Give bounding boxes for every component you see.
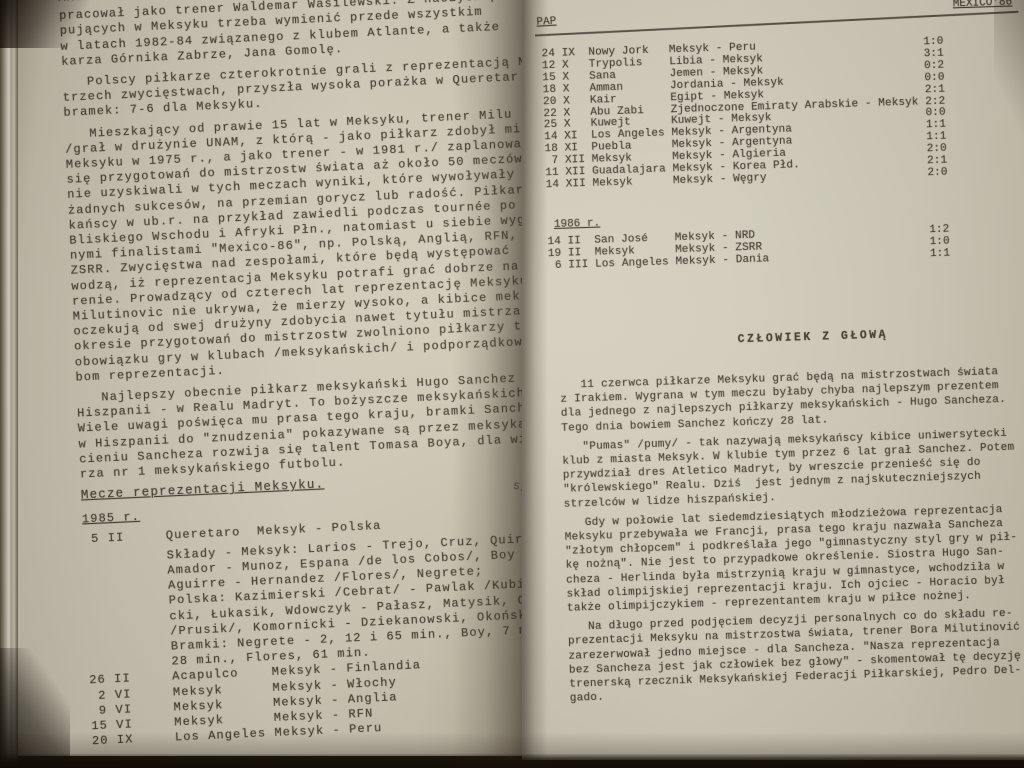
right-page-text: PAP MEXICO'86 24 IX Nowy Jork Meksyk - P… [522, 0, 1024, 760]
page-stack-edge [0, 0, 18, 768]
year-heading-1986: 1986 r. [554, 218, 601, 231]
paragraph: Gdy w połowie lat siedemdziesiątych młod… [564, 502, 1024, 616]
year-label: 1985 r. [82, 510, 141, 527]
lineup-block: Składy - Meksyk: Larios - Trejo, Cruz, Q… [83, 531, 522, 674]
paragraph: Na długo przed podjęciem decyzji persona… [567, 606, 1024, 706]
paragraph: Najlepszy obecnie piłkarz meksykański Hu… [76, 370, 522, 482]
open-book-photo: AKS Cho pracował jako trener Waldemar Wa… [0, 0, 1024, 768]
match-list-1986: 14 II San José Meksyk - NRD 1:219 II Mek… [529, 222, 1024, 274]
left-page-text: AKS Cho pracował jako trener Waldemar Wa… [58, 0, 522, 750]
match-score: 5:0 [512, 482, 522, 496]
paragraph: 11 czerwca piłkarze Meksyku grać będą na… [560, 364, 1024, 436]
match-list-1985: 24 IX Nowy Jork Meksyk - Peru 1:012 X Tr… [523, 34, 1024, 193]
left-page: AKS Cho pracował jako trener Waldemar Wa… [18, 0, 522, 756]
article-heading: CZŁOWIEK Z GŁOWĄ [737, 329, 888, 347]
article-body: 11 czerwca piłkarze Meksyku grać będą na… [560, 364, 1024, 711]
paragraph: Mieszkający od prawie 15 lat w Meksyku, … [64, 106, 522, 386]
right-page: PAP MEXICO'86 24 IX Nowy Jork Meksyk - P… [522, 0, 1024, 760]
page-header-left: PAP [536, 16, 556, 29]
page-header-right: MEXICO'86 [953, 0, 1013, 10]
header-rule [535, 11, 1018, 36]
paragraph: "Pumas" /pumy/ - tak nazywają meksykańsc… [562, 426, 1024, 512]
